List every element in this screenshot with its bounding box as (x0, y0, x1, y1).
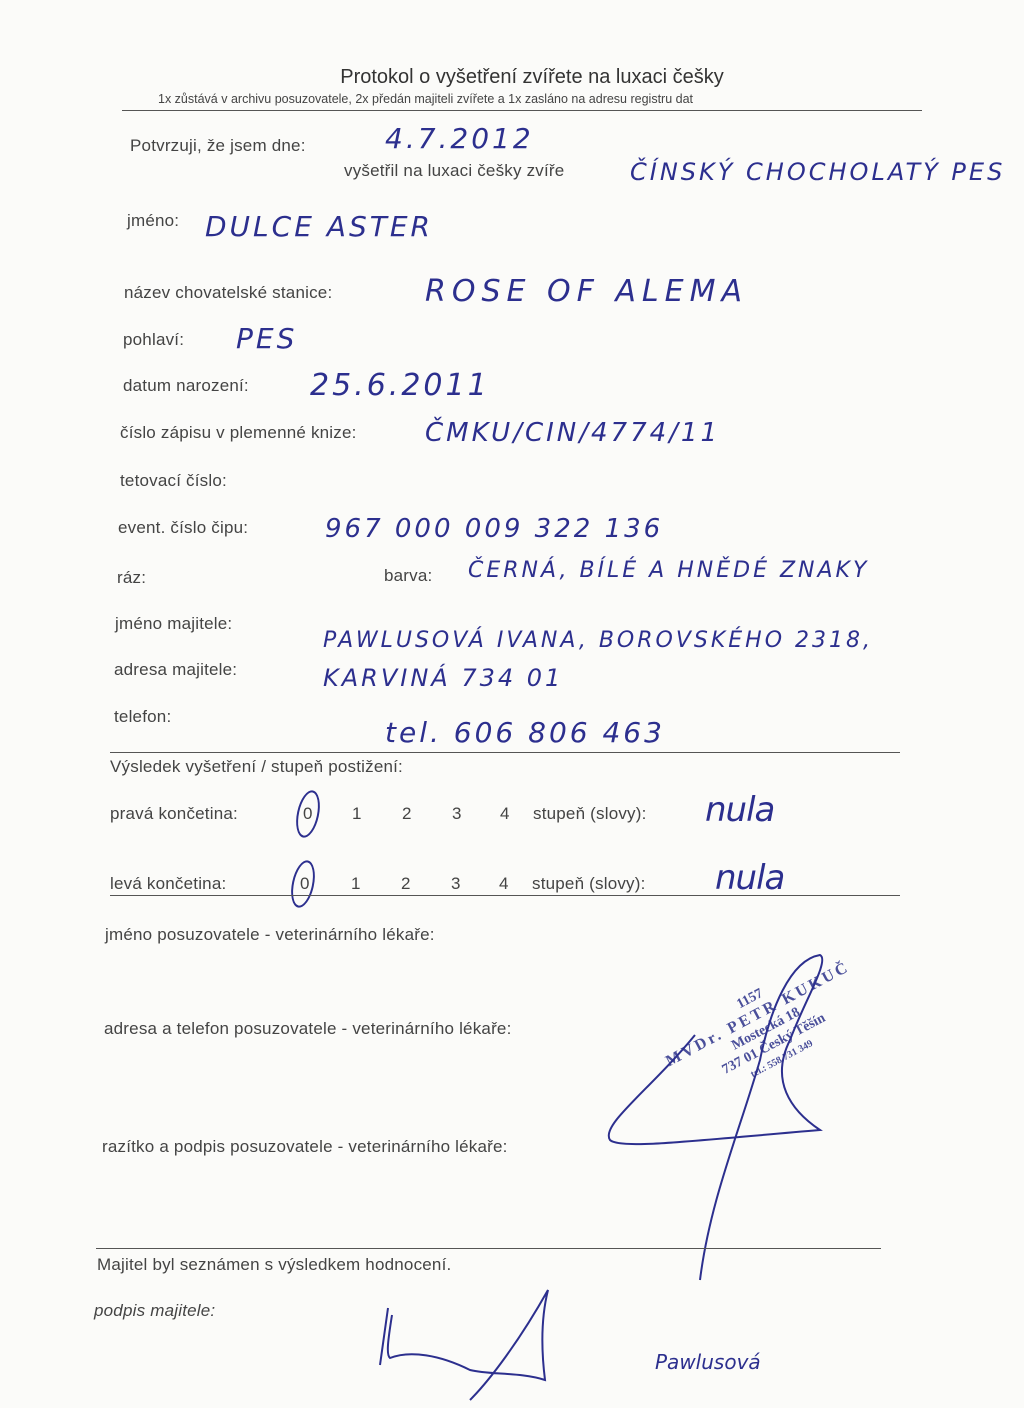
right-limb-label: pravá končetina: (110, 804, 238, 824)
owner-ack-divider (96, 1248, 881, 1249)
color-value: ČERNÁ, BÍLÉ A HNĚDÉ ZNAKY (468, 558, 869, 583)
sex-value: PES (236, 322, 297, 355)
document-subtitle: 1x zůstává v archivu posuzovatele, 2x př… (158, 92, 693, 106)
left-grade-selected-circle (287, 858, 318, 910)
owner-ack-statement: Majitel byl seznámen s výsledkem hodnoce… (97, 1255, 451, 1275)
name-label: jméno: (127, 211, 179, 231)
right-words-value: nula (705, 790, 774, 830)
result-divider (110, 895, 900, 896)
owner-signature-label: podpis majitele: (94, 1301, 215, 1321)
left-grade-3[interactable]: 3 (451, 874, 460, 894)
phone-label: telefon: (114, 707, 171, 727)
studbook-value: ČMKU/CIN/4774/11 (425, 418, 720, 448)
birth-value: 25.6.2011 (310, 368, 490, 403)
left-words-value: nula (715, 858, 784, 898)
right-words-label: stupeň (slovy): (533, 804, 647, 824)
header-divider (122, 110, 922, 111)
right-grade-3[interactable]: 3 (452, 804, 461, 824)
kennel-label: název chovatelské stanice: (124, 283, 332, 303)
right-grade-2[interactable]: 2 (402, 804, 411, 824)
document-title: Protokol o vyšetření zvířete na luxaci č… (0, 66, 1024, 89)
right-grade-1[interactable]: 1 (352, 804, 361, 824)
name-value: DULCE ASTER (205, 210, 433, 243)
chip-label: event. číslo čipu: (118, 518, 248, 538)
vet-stamp: 1157 MVDr. PETR KUKUČ Mostecká 18 737 01… (655, 943, 877, 1115)
left-limb-label: levá končetina: (110, 874, 226, 894)
kennel-value: ROSE OF ALEMA (425, 274, 748, 309)
examined-label: vyšetřil na luxaci češky zvíře (344, 161, 564, 181)
vet-address-label: adresa a telefon posuzovatele - veteriná… (104, 1019, 512, 1039)
vet-name-label: jméno posuzovatele - veterinárního lékař… (105, 925, 435, 945)
confirm-label: Potvrzuji, že jsem dne: (130, 136, 306, 156)
chip-value: 967 000 009 322 136 (325, 514, 663, 544)
owner-name-label: jméno majitele: (115, 614, 232, 634)
studbook-label: číslo zápisu v plemenné knize: (120, 423, 357, 443)
birth-label: datum narození: (123, 376, 249, 396)
owner-signature-name: Pawlusová (655, 1350, 761, 1374)
phone-value: tel. 606 806 463 (385, 716, 665, 749)
left-grade-4[interactable]: 4 (499, 874, 508, 894)
owner-line1: PAWLUSOVÁ IVANA, BOROVSKÉHO 2318, (323, 628, 873, 653)
owner-divider (110, 752, 900, 753)
confirm-date: 4.7.2012 (385, 122, 534, 155)
owner-address-label: adresa majitele: (114, 660, 237, 680)
right-grade-4[interactable]: 4 (500, 804, 509, 824)
sex-label: pohlaví: (123, 330, 184, 350)
owner-line2: KARVINÁ 734 01 (323, 664, 563, 692)
vet-stamp-label: razítko a podpis posuzovatele - veteriná… (102, 1137, 508, 1157)
tattoo-label: tetovací číslo: (120, 471, 227, 491)
left-grade-2[interactable]: 2 (401, 874, 410, 894)
result-heading: Výsledek vyšetření / stupeň postižení: (110, 757, 403, 777)
left-grade-1[interactable]: 1 (351, 874, 360, 894)
type-label: ráz: (117, 568, 146, 588)
right-grade-selected-circle (292, 788, 323, 840)
left-words-label: stupeň (slovy): (532, 874, 646, 894)
breed-value: ČÍNSKÝ CHOCHOLATÝ PES (630, 158, 1005, 186)
color-label: barva: (384, 566, 432, 586)
